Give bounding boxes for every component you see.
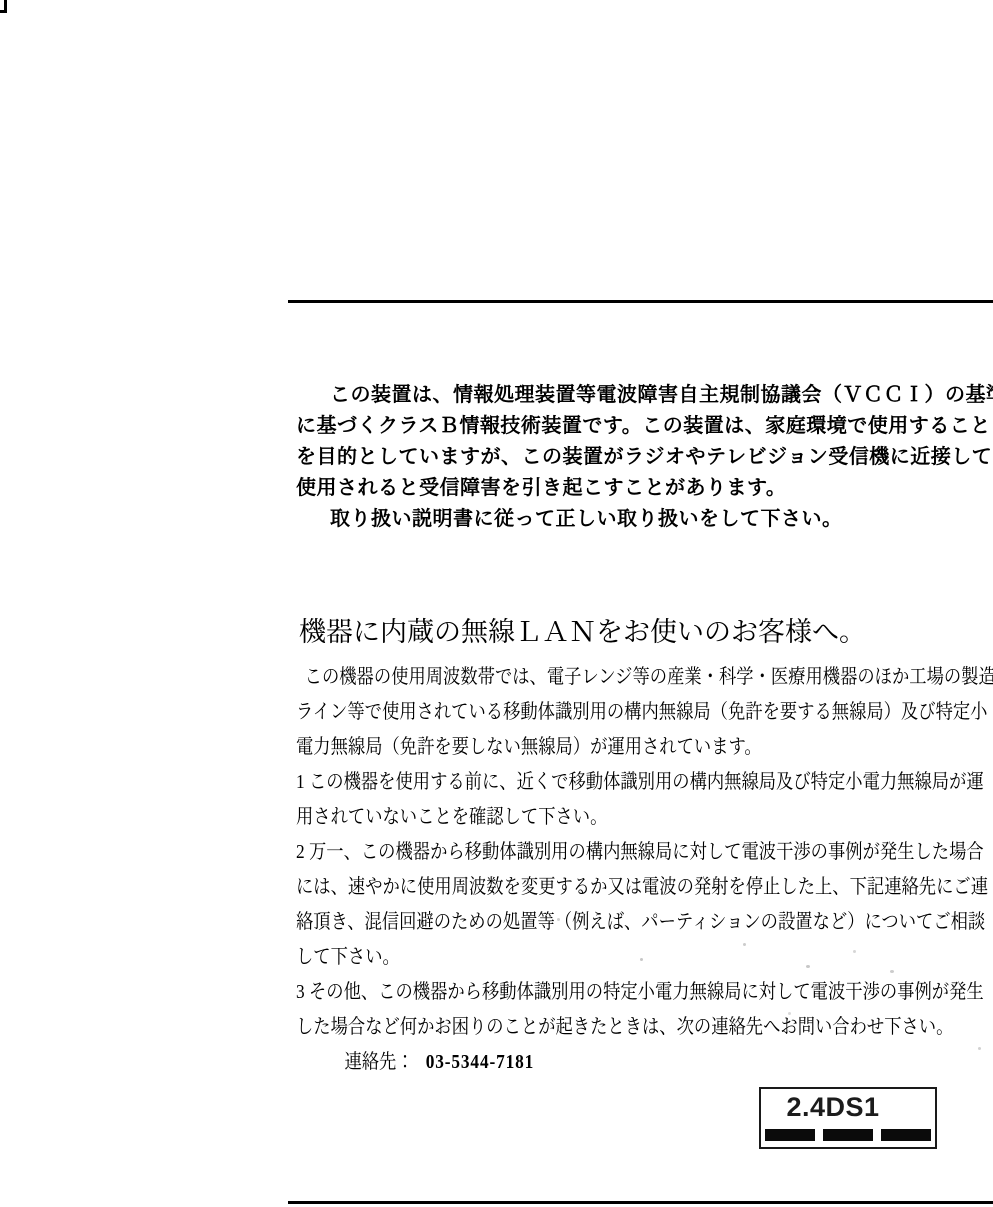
certification-bars	[765, 1129, 931, 1141]
vcci-notice-line: を目的としていますが、この装置がラジオやテレビジョン受信機に近接して	[296, 441, 993, 472]
scanned-document-page: この装置は、情報処理装置等電波障害自主規制協議会（ＶＣＣＩ）の基準 に基づくクラ…	[0, 0, 993, 1207]
certification-bar	[823, 1129, 873, 1141]
numbered-item-line: 1 この機器を使用する前に、近くで移動体識別用の構内無線局及び特定小電力無線局が…	[296, 765, 902, 800]
scan-noise-speck	[557, 918, 560, 921]
vcci-notice-line: 取り扱い説明書に従って正しい取り扱いをして下さい。	[296, 503, 993, 534]
scan-noise-speck	[688, 997, 693, 1000]
numbered-item-line: 絡頂き、混信回避のための処置等（例えば、パーティションの設置など）についてご相談	[296, 905, 902, 940]
numbered-item-line: 用されていないことを確認して下さい。	[296, 800, 902, 835]
vcci-notice-line: 使用されると受信障害を引き起こすことがあります。	[296, 472, 993, 503]
certification-bar	[881, 1129, 931, 1141]
numbered-item-line: には、速やかに使用周波数を変更するか又は電波の発射を停止した上、下記連絡先にご連	[296, 870, 902, 905]
contact-phone-number: 03-5344-7181	[426, 1051, 534, 1073]
wireless-lan-heading: 機器に内蔵の無線ＬＡＮをお使いのお客様へ。	[299, 614, 866, 650]
vcci-notice-line: この装置は、情報処理装置等電波障害自主規制協議会（ＶＣＣＩ）の基準	[296, 379, 993, 410]
vcci-notice-line: に基づくクラスＢ情報技術装置です。この装置は、家庭環境で使用すること	[296, 410, 993, 441]
scan-noise-speck	[978, 1047, 981, 1050]
scan-noise-speck	[890, 970, 894, 973]
wireless-lan-body: この機器の使用周波数帯では、電子レンジ等の産業・科学・医療用機器のほか工場の製造…	[296, 660, 993, 1080]
numbered-item-line: 2 万一、この機器から移動体識別用の構内無線局に対して電波干渉の事例が発生した場…	[296, 835, 902, 870]
scan-noise-speck	[788, 1012, 791, 1015]
intro-line: ライン等で使用されている移動体識別用の構内無線局（免許を要する無線局）及び特定小	[296, 695, 902, 730]
certification-mark-box: 2.4DS1	[759, 1087, 937, 1149]
scan-corner-artifact	[0, 0, 7, 13]
top-horizontal-rule	[288, 300, 993, 303]
scan-noise-speck	[806, 965, 810, 968]
bottom-horizontal-rule	[288, 1201, 993, 1204]
scan-noise-speck	[743, 943, 746, 946]
certification-model-text: 2.4DS1	[761, 1092, 905, 1123]
vcci-notice: この装置は、情報処理装置等電波障害自主規制協議会（ＶＣＣＩ）の基準 に基づくクラ…	[296, 379, 993, 534]
contact-line: 連絡先：03-5344-7181	[296, 1045, 902, 1080]
scan-noise-speck	[640, 958, 643, 961]
numbered-item-line: した場合など何かお困りのことが起きたときは、次の連絡先へお問い合わせ下さい。	[296, 1010, 902, 1045]
numbered-item-line: 3 その他、この機器から移動体識別用の特定小電力無線局に対して電波干渉の事例が発…	[296, 975, 902, 1010]
scan-noise-speck	[853, 950, 856, 953]
contact-label: 連絡先：	[344, 1051, 413, 1073]
numbered-item-line: して下さい。	[296, 940, 902, 975]
certification-bar	[765, 1129, 815, 1141]
intro-line: 電力無線局（免許を要しない無線局）が運用されています。	[296, 730, 902, 765]
intro-line: この機器の使用周波数帯では、電子レンジ等の産業・科学・医療用機器のほか工場の製造	[296, 660, 902, 695]
